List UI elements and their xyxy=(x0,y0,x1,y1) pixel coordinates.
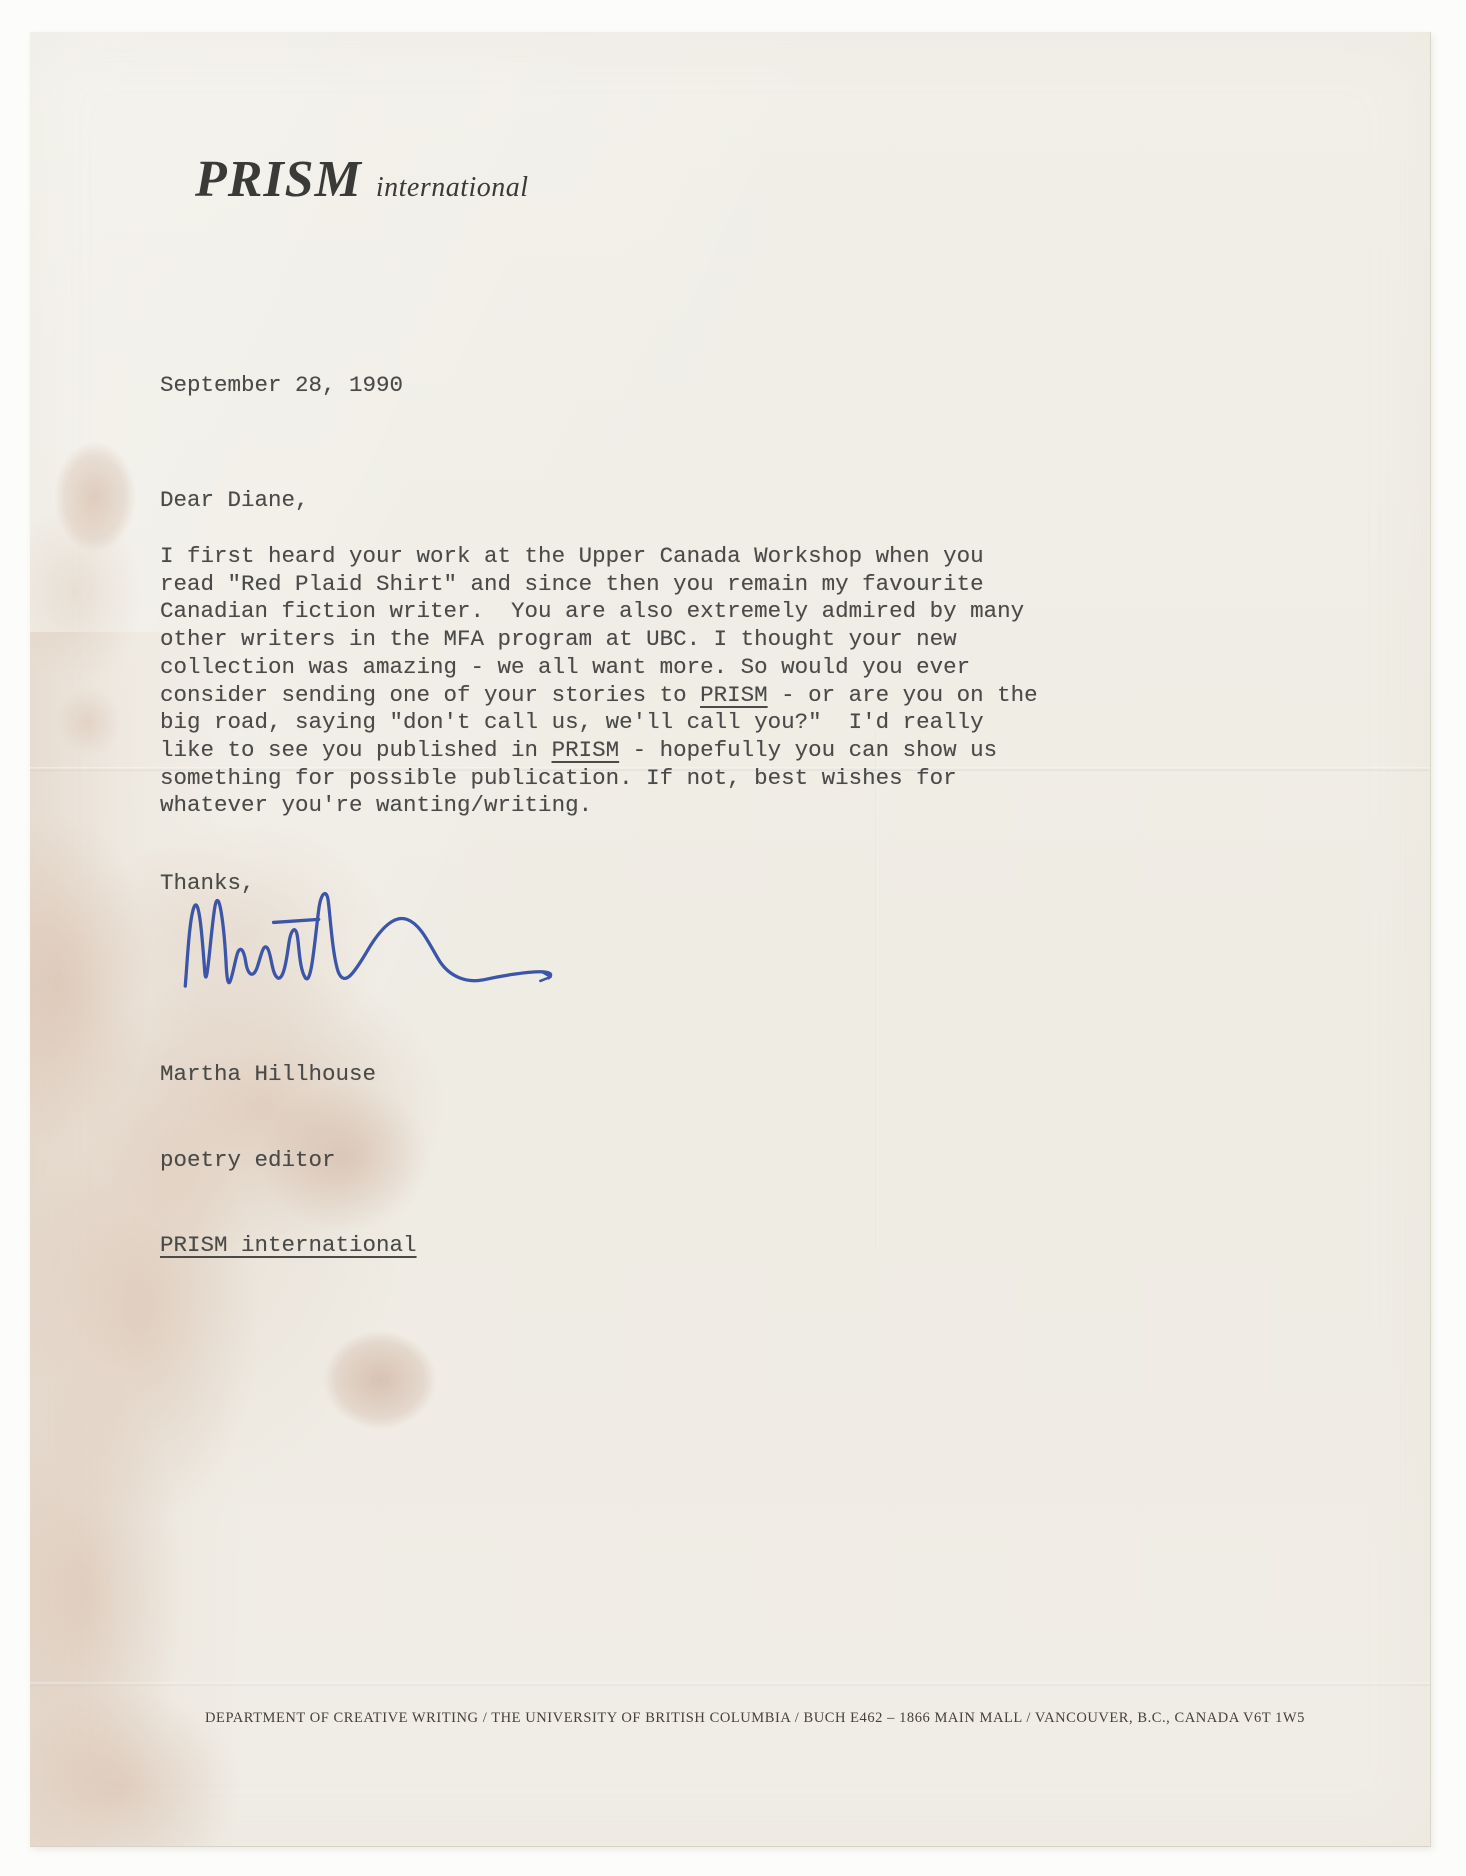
signature-name: Martha Hillhouse xyxy=(160,1060,417,1089)
handwritten-signature xyxy=(175,880,565,1008)
letter-body: I first heard your work at the Upper Can… xyxy=(160,543,1038,820)
letter-body-line: collection was amazing - we all want mor… xyxy=(160,654,1038,682)
signature-block: Martha Hillhouse poetry editor PRISM int… xyxy=(160,1003,417,1317)
letter-page: PRISMinternational September 28, 1990 De… xyxy=(30,32,1431,1847)
letterhead: PRISMinternational xyxy=(195,150,529,209)
letter-body-line: other writers in the MFA program at UBC.… xyxy=(160,626,1038,654)
letter-body-line: big road, saying "don't call us, we'll c… xyxy=(160,709,1038,737)
letter-salutation: Dear Diane, xyxy=(160,487,309,515)
letterhead-brand-suffix: international xyxy=(376,172,529,203)
signature-title: poetry editor xyxy=(160,1146,417,1175)
letter-body-line: read "Red Plaid Shirt" and since then yo… xyxy=(160,571,1038,599)
letter-date: September 28, 1990 xyxy=(160,372,403,400)
signature-organization: PRISM international xyxy=(160,1231,417,1260)
letter-body-line: consider sending one of your stories to … xyxy=(160,682,1038,710)
letter-body-line: Canadian fiction writer. You are also ex… xyxy=(160,598,1038,626)
letter-body-line: something for possible publication. If n… xyxy=(160,765,1038,793)
letter-body-line: whatever you're wanting/writing. xyxy=(160,792,1038,820)
letter-body-line: I first heard your work at the Upper Can… xyxy=(160,543,1038,571)
fold-crease xyxy=(30,1682,1430,1686)
letterhead-brand: PRISM xyxy=(195,151,362,208)
letter-body-line: like to see you published in PRISM - hop… xyxy=(160,737,1038,765)
letterhead-footer-address: DEPARTMENT OF CREATIVE WRITING / THE UNI… xyxy=(30,1710,1430,1727)
